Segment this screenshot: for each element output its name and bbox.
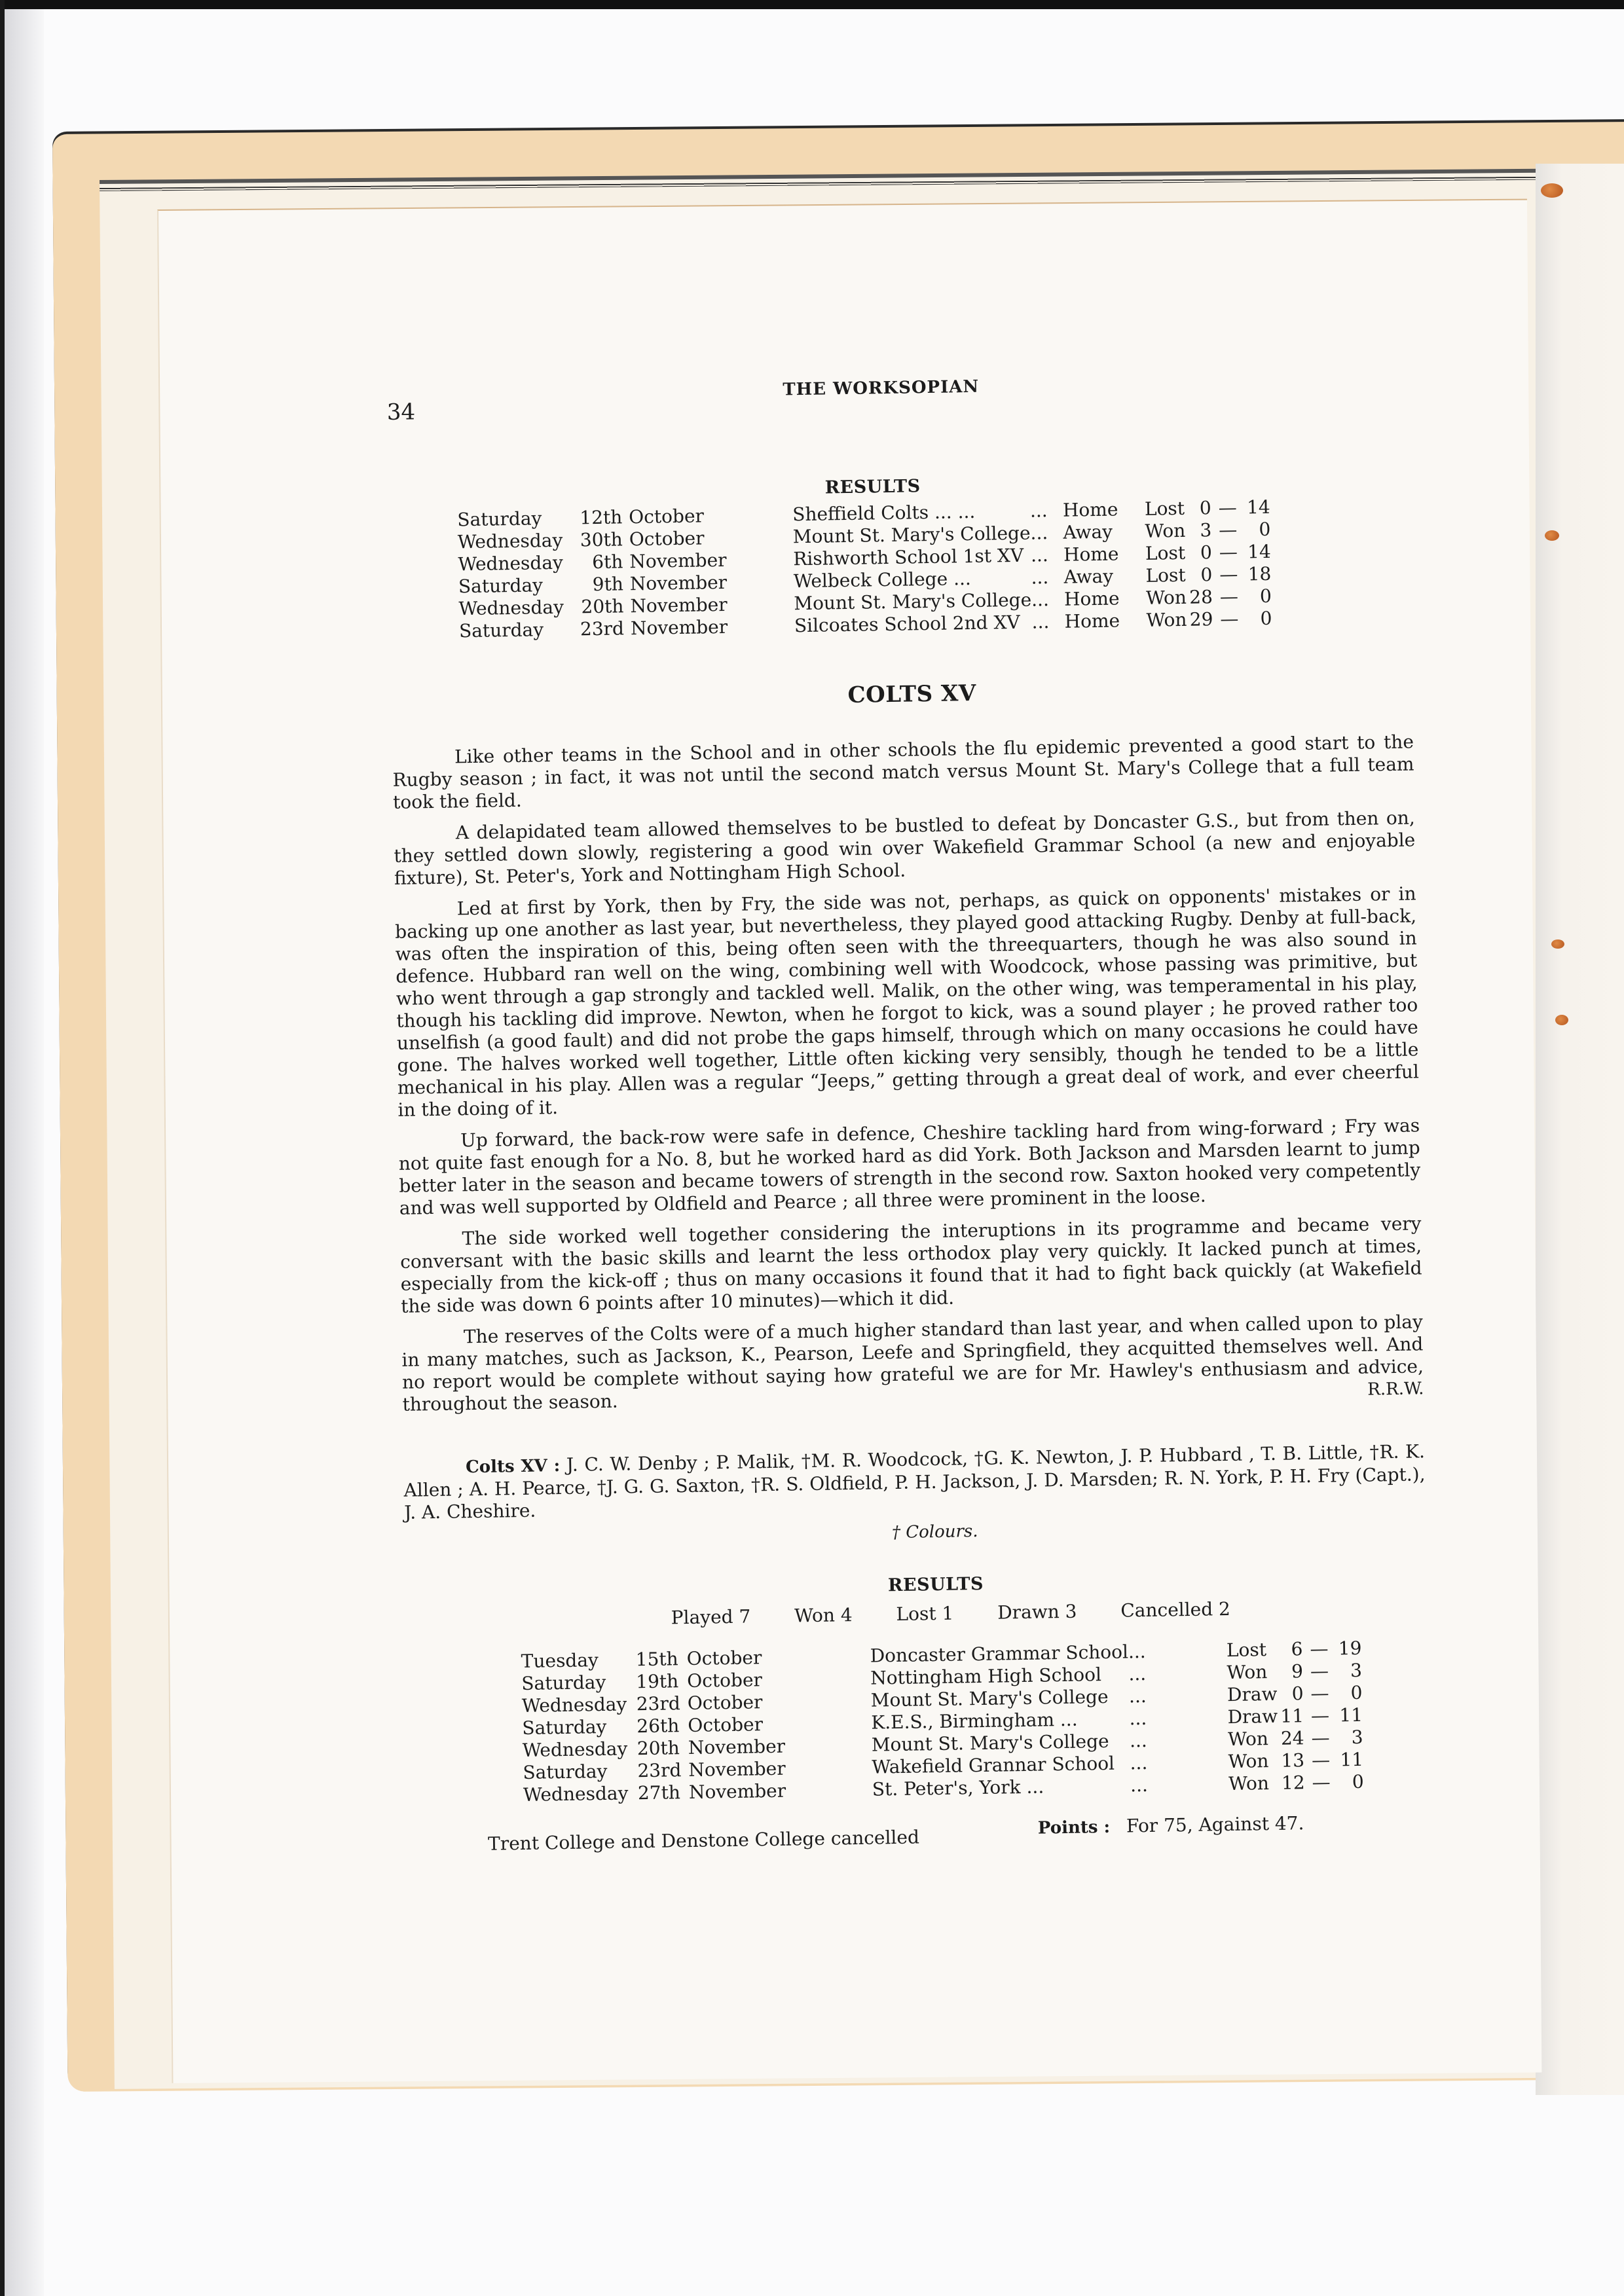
- report-paragraph: The side worked well together considerin…: [399, 1212, 1422, 1317]
- fixture-result: Lost: [1145, 564, 1186, 587]
- fixture-opponent: Mount St. Mary's College: [871, 1685, 1130, 1711]
- fixture-venue: Home: [1064, 610, 1147, 633]
- summary-lost: Lost 1: [896, 1603, 953, 1625]
- fixture-month: November: [631, 615, 795, 640]
- season-summary: Played 7 Won 4 Lost 1 Drawn 3 Cancelled …: [671, 1595, 1427, 1628]
- fixture-dots: ...: [1130, 1728, 1228, 1752]
- fixture-date: 19th: [636, 1670, 688, 1693]
- fixture-for: 0: [1186, 564, 1213, 587]
- fixture-date: 27th: [638, 1781, 690, 1804]
- fixture-against: 18: [1245, 563, 1272, 586]
- fixture-month: October: [629, 526, 794, 551]
- points-total: Points : For 75, Against 47.: [1038, 1812, 1304, 1838]
- fixture-against: 0: [1246, 608, 1272, 630]
- report-body: Like other teams in the School and in ot…: [392, 731, 1424, 1415]
- section-title-colts-xv: COLTS XV: [411, 673, 1412, 715]
- report-paragraph: Like other teams in the School and in ot…: [392, 731, 1414, 813]
- fixture-result: Draw: [1227, 1683, 1278, 1706]
- scan-shadow: [5, 9, 44, 2296]
- fixture-against: 11: [1337, 1749, 1364, 1772]
- fixture-for: 12: [1278, 1772, 1305, 1795]
- fixture-day: Saturday: [523, 1760, 638, 1784]
- cancelled-note: Trent College and Denstone College cance…: [488, 1826, 919, 1854]
- fixture-day: Wednesday: [522, 1693, 637, 1717]
- fixture-month: November: [630, 592, 794, 617]
- scanner-border-left: [0, 0, 5, 2296]
- fixture-dots: ...: [1031, 544, 1064, 567]
- fixture-dash: —: [1211, 519, 1245, 541]
- fixture-opponent: Sheffield Colts ... ...: [792, 500, 1030, 526]
- fixture-date: 26th: [637, 1715, 688, 1738]
- fixture-result: Won: [1146, 587, 1187, 610]
- fixture-date: 23rd: [637, 1759, 689, 1782]
- fixture-date: 12th: [578, 506, 629, 529]
- fixture-opponent: Welbeck College ...: [794, 567, 1031, 593]
- team-list: Colts XV : J. C. W. Denby ; P. Malik, †M…: [403, 1440, 1426, 1523]
- fixture-for: 24: [1278, 1727, 1304, 1750]
- fixture-day: Wednesday: [458, 529, 580, 553]
- first-results-table: Saturday12thOctoberSheffield Colts ... .…: [457, 496, 1272, 642]
- fixture-date: 23rd: [580, 617, 631, 640]
- fixture-result: Lost: [1227, 1639, 1277, 1662]
- fixture-result: Won: [1227, 1661, 1277, 1684]
- fixture-for: 0: [1185, 497, 1211, 520]
- fixture-date: 23rd: [637, 1692, 688, 1715]
- fixture-month: October: [688, 1712, 871, 1737]
- fixture-for: 11: [1278, 1705, 1304, 1728]
- fixture-for: 6: [1276, 1638, 1303, 1661]
- page-content: 34 THE WORKSOPIAN RESULTS Saturday12thOc…: [386, 363, 1431, 1865]
- fixture-against: 14: [1245, 541, 1272, 564]
- page-number: 34: [386, 399, 415, 426]
- second-results-table: Tuesday15thOctoberDoncaster Grammar Scho…: [521, 1637, 1364, 1806]
- fixture-day: Saturday: [457, 507, 579, 531]
- fixture-month: November: [689, 1779, 872, 1804]
- rust-staple-mark: [1551, 939, 1564, 949]
- fixture-day: Wednesday: [458, 551, 580, 575]
- fixture-month: October: [688, 1690, 871, 1715]
- fixture-date: 20th: [637, 1737, 689, 1760]
- scanner-border-top: [0, 0, 1624, 9]
- fixture-day: Wednesday: [523, 1738, 638, 1762]
- fixture-dots: ...: [1031, 611, 1065, 634]
- fixture-against: 3: [1336, 1660, 1363, 1683]
- fixture-dash: —: [1302, 1637, 1336, 1660]
- fixture-against: 0: [1244, 519, 1271, 541]
- fixture-result: Won: [1228, 1772, 1279, 1795]
- fixture-result: Draw: [1227, 1705, 1278, 1728]
- fixture-month: October: [686, 1645, 870, 1670]
- fixture-dash: —: [1304, 1771, 1338, 1794]
- fixture-for: 28: [1187, 586, 1213, 609]
- fixture-against: 0: [1337, 1771, 1364, 1794]
- fixture-dash: —: [1304, 1726, 1337, 1749]
- facing-page-edge: [1536, 164, 1624, 2095]
- fixture-date: 30th: [579, 528, 629, 551]
- rust-staple-mark: [1555, 1015, 1568, 1025]
- summary-won: Won 4: [794, 1604, 853, 1626]
- fixture-dash: —: [1212, 541, 1246, 564]
- summary-played: Played 7: [671, 1605, 750, 1628]
- fixture-result: Won: [1145, 520, 1185, 543]
- fixture-day: Tuesday: [521, 1649, 637, 1673]
- fixture-date: 20th: [580, 595, 630, 618]
- fixture-dots: ...: [1030, 522, 1063, 545]
- fixture-result: Won: [1228, 1750, 1278, 1773]
- fixture-result: Lost: [1145, 542, 1186, 565]
- fixture-day: Saturday: [459, 618, 581, 642]
- fixture-dash: —: [1213, 608, 1246, 630]
- summary-cancelled: Cancelled 2: [1120, 1598, 1230, 1622]
- fixture-for: 13: [1278, 1749, 1305, 1772]
- fixture-dash: —: [1303, 1682, 1337, 1705]
- fixture-dots: ...: [1129, 1706, 1228, 1730]
- fixture-dots: ...: [1030, 500, 1063, 522]
- fixture-venue: Home: [1064, 587, 1147, 611]
- fixture-dash: —: [1213, 585, 1246, 608]
- fixture-result: Won: [1146, 609, 1187, 632]
- fixture-dots: ...: [1128, 1639, 1227, 1663]
- fixture-against: 19: [1335, 1637, 1362, 1660]
- fixture-opponent: Mount St. Mary's College: [794, 589, 1031, 615]
- summary-drawn: Drawn 3: [997, 1601, 1077, 1624]
- fixture-day: Saturday: [521, 1671, 637, 1695]
- fixture-date: 15th: [635, 1648, 687, 1671]
- fixture-dots: ...: [1129, 1684, 1228, 1707]
- fixture-month: November: [688, 1734, 872, 1759]
- fixture-dash: —: [1212, 563, 1246, 586]
- fixture-month: October: [629, 503, 793, 528]
- report-paragraph: A delapidated team allowed themselves to…: [394, 807, 1416, 889]
- fixture-for: 3: [1185, 519, 1212, 542]
- fixture-month: November: [629, 548, 794, 573]
- fixture-day: Saturday: [522, 1715, 637, 1740]
- fixture-dash: —: [1304, 1704, 1337, 1727]
- fixture-dash: —: [1303, 1660, 1337, 1683]
- fixture-for: 0: [1186, 541, 1213, 564]
- fixture-opponent: Rishworth School 1st XV: [793, 545, 1031, 571]
- journal-title: THE WORKSOPIAN: [783, 377, 979, 400]
- fixture-month: November: [630, 570, 794, 595]
- fixture-day: Wednesday: [523, 1782, 638, 1806]
- team-members: J. C. W. Denby ; P. Malik, †M. R. Woodco…: [403, 1440, 1425, 1523]
- rust-staple-mark: [1541, 183, 1563, 198]
- fixture-opponent: Mount St. Mary's College: [793, 522, 1031, 549]
- fixture-for: 29: [1187, 608, 1213, 631]
- fixture-result: Lost: [1145, 498, 1185, 520]
- fixture-dots: ...: [1031, 589, 1065, 611]
- rust-staple-mark: [1545, 530, 1559, 541]
- fixture-day: Wednesday: [458, 596, 580, 620]
- fixture-day: Saturday: [458, 574, 580, 598]
- fixture-venue: Home: [1063, 543, 1146, 566]
- fixture-against: 0: [1336, 1682, 1363, 1705]
- fixture-date: 9th: [580, 573, 630, 596]
- fixture-for: 9: [1277, 1660, 1304, 1683]
- fixture-venue: Home: [1063, 498, 1145, 522]
- team-label: Colts XV :: [466, 1456, 561, 1477]
- fixture-for: 0: [1277, 1683, 1304, 1705]
- fixture-opponent: Silcoates School 2nd XV: [794, 611, 1032, 638]
- fixture-opponent: Wakefield Grannar School: [872, 1752, 1130, 1778]
- fixture-opponent: St. Peter's, York ...: [872, 1774, 1131, 1800]
- report-paragraph: Led at first by York, then by Fry, the s…: [394, 883, 1419, 1121]
- fixture-against: 14: [1244, 496, 1270, 519]
- fixture-date: 6th: [579, 551, 629, 574]
- fixture-against: 3: [1337, 1726, 1363, 1749]
- fixture-dots: ...: [1128, 1662, 1227, 1685]
- fixture-dots: ...: [1031, 566, 1064, 589]
- fixture-dash: —: [1211, 496, 1244, 519]
- fixture-against: 0: [1246, 585, 1272, 608]
- fixture-venue: Away: [1063, 565, 1146, 589]
- fixture-dash: —: [1304, 1749, 1338, 1772]
- points-label: Points :: [1038, 1817, 1111, 1838]
- fixture-dots: ...: [1130, 1773, 1229, 1796]
- fixture-result: Won: [1228, 1728, 1278, 1751]
- fixture-against: 11: [1337, 1704, 1363, 1727]
- points-value: For 75, Against 47.: [1126, 1812, 1304, 1836]
- fixture-month: October: [687, 1667, 870, 1692]
- report-paragraph: Up forward, the back-row were safe in de…: [398, 1114, 1421, 1219]
- fixture-month: November: [688, 1757, 872, 1781]
- fixture-dots: ...: [1130, 1751, 1228, 1774]
- fixture-venue: Away: [1063, 520, 1145, 544]
